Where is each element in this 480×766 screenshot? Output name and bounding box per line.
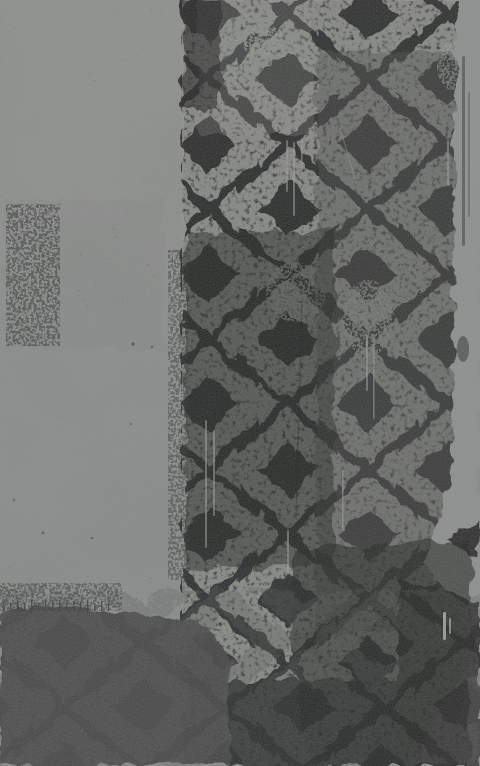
grunge-wallpaper-photo: Distressed wall with stenciled diamond w… <box>0 0 480 766</box>
photo-canvas <box>0 0 480 766</box>
film-grain <box>0 0 480 766</box>
